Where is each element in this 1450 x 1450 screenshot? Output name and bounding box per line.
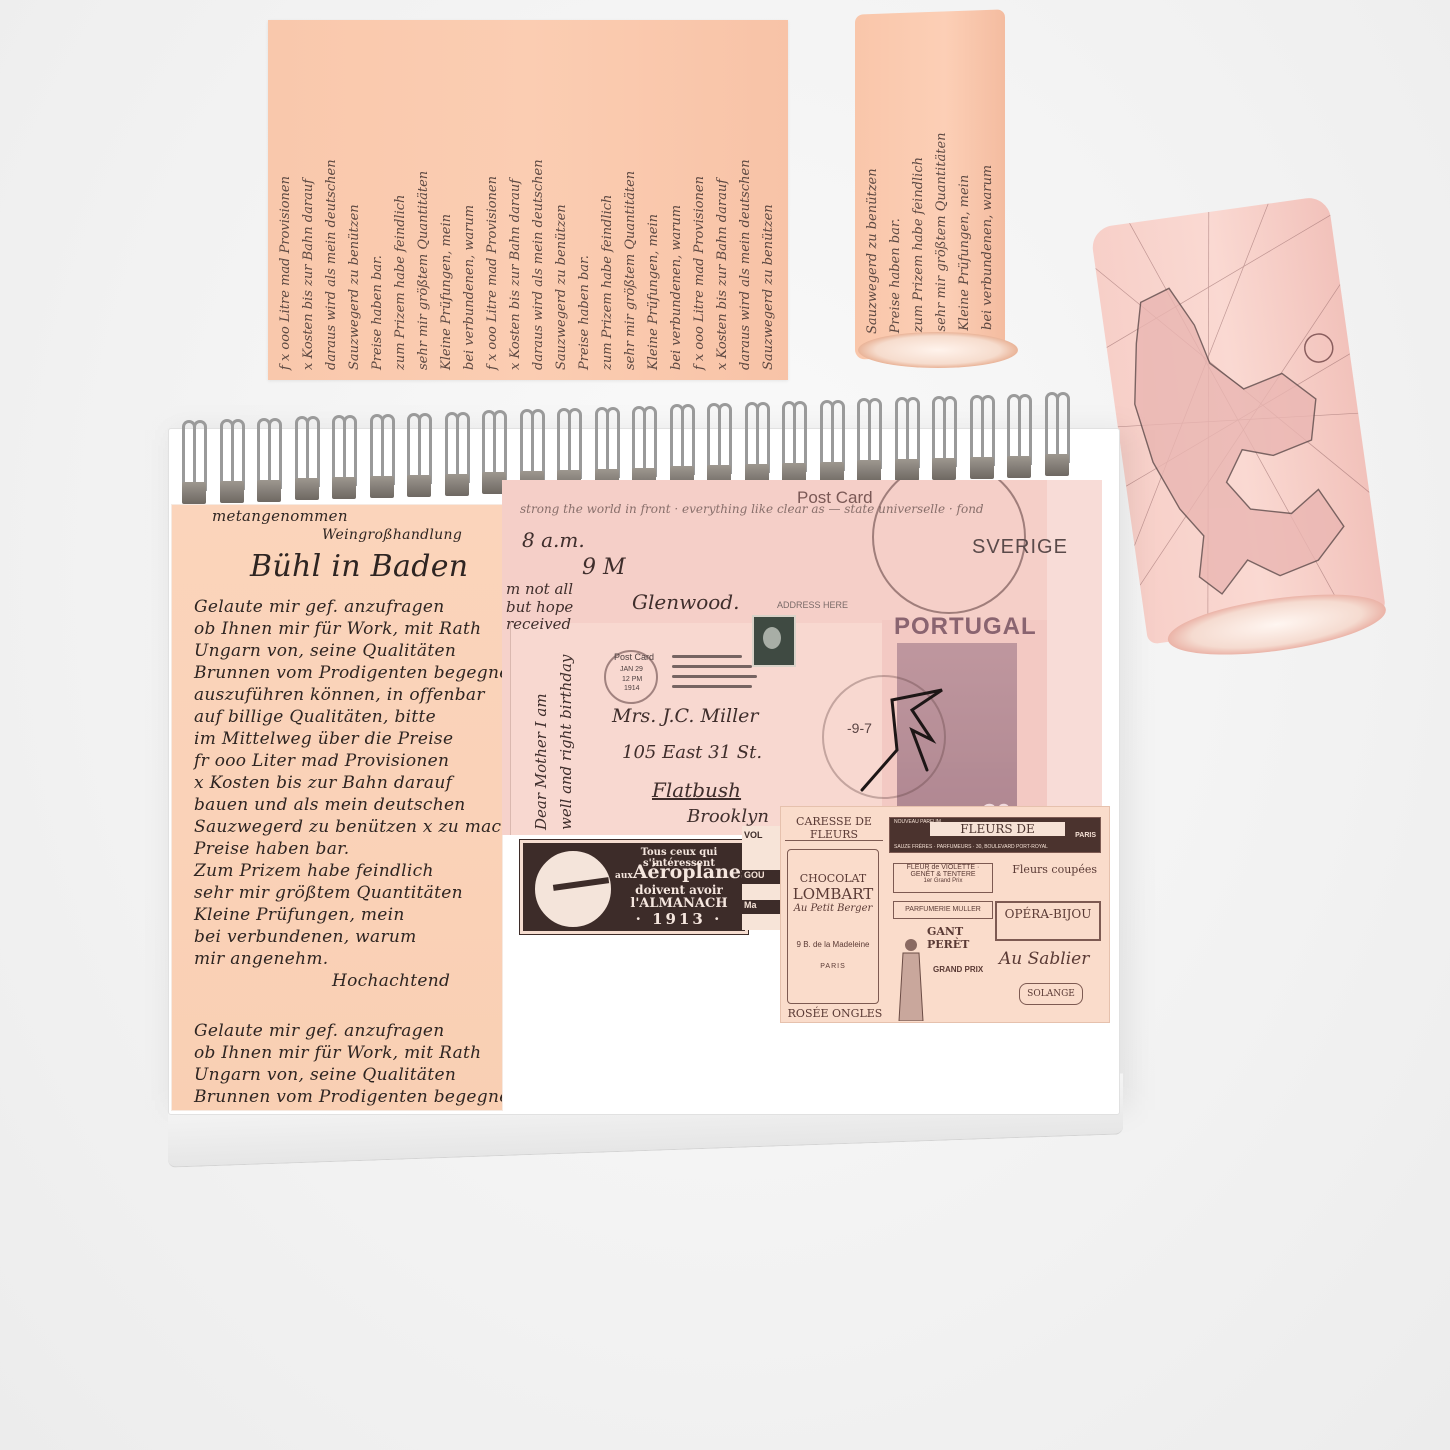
letter-line: Brunnen vom Prodigenten begegne (194, 1087, 502, 1107)
letter-line: auszuführen können, in offenbar (194, 1109, 485, 1110)
letter-line: Preise haben bar. (194, 839, 349, 859)
letter-line: Gelaute mir gef. anzufragen (194, 597, 445, 617)
handwriting-time: 8 a.m. (522, 528, 585, 552)
spiral-ring (368, 414, 396, 514)
letter-line: bauen und als mein deutschen (194, 795, 466, 815)
ad-fleurs-mousse-paris: PARIS (1075, 832, 1096, 839)
tape-script-column: Preise haben bar. (888, 33, 903, 334)
tape-script-column: bei verbundenen, warum (980, 30, 995, 331)
postcard-right-strip (1047, 480, 1102, 835)
tape-script-column: Preise haben bar. (370, 60, 385, 370)
ad-opera-bijou: OPÉRA-BIJOU (995, 901, 1101, 941)
ad-lombart: LOMBART (788, 885, 878, 903)
handwriting-not-all: m not all (506, 580, 573, 598)
tape-script-column: Preise haben bar. (577, 60, 592, 370)
ad-caresse: CARESSE DE FLEURS (785, 815, 883, 841)
ad-grand-prix-small: 1er Grand Prix (894, 878, 992, 884)
letter-line: Zum Prizem habe feindlich (194, 861, 434, 881)
letter-line: ob Ihnen mir für Work, mit Rath (194, 619, 481, 639)
address-city: Flatbush (652, 778, 741, 802)
cancel-line (672, 675, 757, 678)
tape-script-column: f x ooo Litre mad Provisionen (692, 60, 707, 370)
spiral-ring (1005, 394, 1033, 494)
letter-line: Sauzwegerd zu benützen x zu machen (194, 817, 502, 837)
tape-script-column: daraus wird als mein deutschen (324, 60, 339, 370)
side-ad-block-1: GOU (742, 870, 780, 884)
ad-violette: FLEUR de VIOLETTE · GENÊT & TENTERE 1er … (893, 863, 993, 893)
vertical-handwriting: well and right birthday (557, 650, 575, 830)
tape-script-column: daraus wird als mein deutschen (738, 60, 753, 370)
letter-line: im Mittelweg über die Preise (194, 729, 453, 749)
tape-script-column: Sauzwegerd zu benützen (554, 60, 569, 370)
ad-line-3: doivent avoir (615, 883, 743, 897)
spiral-ring (1043, 392, 1071, 492)
letter-line: bei verbundenen, warum (194, 927, 417, 947)
postmark-time: 12 PM (622, 676, 642, 683)
letter-line: auf billige Qualitäten, bitte (194, 707, 436, 727)
airplane-icon (553, 877, 609, 891)
ad-gant-peret: GANT PERÈT GRAND PRIX (893, 925, 993, 1021)
ad-line-2: auxAéroplanes (615, 861, 743, 883)
script-tape-strip: f x ooo Litre mad Provisionenx Kosten bi… (268, 20, 788, 380)
letter-line: Kleine Prüfungen, mein (194, 905, 405, 925)
tape-script-column: bei verbundenen, warum (669, 60, 684, 370)
postmark-year: 1914 (624, 685, 640, 692)
letter-header-2: Weingroßhandlung (322, 527, 462, 543)
side-ad-block-2: Ma (742, 900, 780, 914)
letter-line: auszuführen können, in offenbar (194, 685, 485, 705)
ad-line-4: l'ALMANACH (615, 896, 743, 911)
letter-line: fr ooo Liter mad Provisionen (194, 751, 449, 771)
tape-script-column: daraus wird als mein deutschen (531, 60, 546, 370)
tape-script-column: Kleine Prüfungen, mein (957, 31, 972, 332)
ad-line-2-prefix: aux (615, 871, 633, 881)
ad-au-sablier: Au Sablier (995, 949, 1101, 977)
spiral-ring (405, 413, 433, 513)
tape-script-column: zum Prizem habe feindlich (393, 60, 408, 370)
ad-fleurs-mousse-address: SAUZE FRÈRES · PARFUMEURS · 30, BOULEVAR… (894, 844, 1048, 850)
letter-line: Brunnen vom Prodigenten begegne (194, 663, 502, 683)
ad-fleurs-mousse-box: NOUVEAU PARFUM FLEURS DE MOUSSE. PARIS S… (889, 817, 1101, 853)
aeroplanes-ad-tape: Tous ceux qui s'intéressent auxAéroplane… (520, 840, 748, 934)
ad-genet-text: GENÊT & TENTERE (910, 871, 975, 878)
spiral-binding (180, 380, 1060, 490)
tape-script-column: f x ooo Litre mad Provisionen (485, 60, 500, 370)
spiral-ring (293, 416, 321, 516)
ad-line-2-main: Aéroplanes (633, 861, 752, 883)
ad-chocolat: CHOCOLAT (788, 872, 878, 885)
letter-title: Bühl in Baden (250, 549, 468, 584)
cancel-line (672, 685, 752, 688)
vertical-handwriting: Dear Mother I am (532, 650, 550, 830)
pen-scribble-icon (852, 670, 962, 800)
side-ad-top: VOL (744, 830, 763, 840)
letter-line: Ungarn von, seine Qualitäten (194, 641, 456, 661)
country-portugal: PORTUGAL (894, 613, 1037, 641)
ad-gant: GANT PERÈT (927, 925, 993, 951)
ad-petit-berger: Au Petit Berger (788, 903, 878, 914)
letter-line: mir angenehm. (194, 949, 329, 969)
handwriting-received: received (506, 615, 571, 633)
tape-script-column: f x ooo Litre mad Provisionen (278, 60, 293, 370)
spiral-ring (255, 418, 283, 518)
cancel-line (672, 665, 752, 668)
ad-illustration-circle (533, 849, 613, 929)
address-street: 105 East 31 St. (622, 742, 762, 763)
vintage-ads-tape: CARESSE DE FLEURS NOUVEAU PARFUM FLEURS … (780, 806, 1110, 1023)
letter-line: Gelaute mir gef. anzufragen (194, 1021, 445, 1041)
tape-script-column: Sauzwegerd zu benützen (761, 60, 776, 370)
ad-parfumerie: PARFUMERIE MULLER (893, 901, 993, 919)
postcard-collage-tape: Post Card strong the world in front · ev… (502, 480, 1102, 835)
tape-script-column: x Kosten bis zur Bahn darauf (508, 60, 523, 370)
tape-script-column: x Kosten bis zur Bahn darauf (715, 60, 730, 370)
ad-chocolat-city: PARIS (788, 963, 878, 970)
letter-line: x Kosten bis zur Bahn darauf (194, 773, 452, 793)
spiral-ring (443, 412, 471, 512)
ad-fleurs-coupees: Fleurs coupées (995, 859, 1101, 891)
ad-violette-text: FLEUR de VIOLETTE (907, 864, 975, 871)
script-tape-roll: Sauzwegerd zu benützenPreise haben bar.z… (855, 9, 1005, 359)
ad-rosee-ongles: ROSÉE ONGLES (785, 1007, 885, 1021)
handwriting-glenwood: Glenwood. (632, 590, 739, 614)
handwriting-initial: 9 M (582, 555, 626, 580)
lady-illustration-icon (895, 935, 931, 1021)
tape-script-column: Sauzwegerd zu benützen (865, 34, 880, 335)
postmark-post-card: Post Card (614, 652, 654, 662)
ad-grand-prix: GRAND PRIX (933, 965, 993, 974)
ad-madeleine: 9 B. de la Madeleine (788, 940, 878, 949)
letter-line: ob Ihnen mir für Work, mit Rath (194, 1043, 481, 1063)
handwriting-but-hope: but hope (506, 598, 573, 616)
tape-script-column: sehr mir größtem Quantitäten (416, 60, 431, 370)
tape-script-column: sehr mir größtem Quantitäten (623, 60, 638, 370)
ad-line-5: · 1913 · (615, 910, 743, 928)
address-borough: Brooklyn (687, 806, 769, 827)
cancel-line (672, 655, 742, 658)
spiral-ring (218, 419, 246, 519)
tape-script-column: zum Prizem habe feindlich (600, 60, 615, 370)
tape-script-column: x Kosten bis zur Bahn darauf (301, 60, 316, 370)
postmark-date: JAN 29 (620, 666, 643, 673)
us-stamp (752, 615, 796, 667)
letter-header-1: metangenommen (212, 507, 348, 525)
ad-fleurs-mousse: FLEURS DE MOUSSE. (930, 822, 1065, 836)
spiral-ring (330, 415, 358, 515)
ad-solange: SOLANGE (1019, 983, 1083, 1005)
handwritten-letter-tape: metangenommen Weingroßhandlung Bühl in B… (172, 505, 502, 1110)
letter-line: Ungarn von, seine Qualitäten (194, 1065, 456, 1085)
tape-script-column: zum Prizem habe feindlich (911, 32, 926, 333)
script-tape-core (858, 332, 1018, 368)
letter-line: Hochachtend (332, 971, 450, 991)
country-sweden: SVERIGE (972, 536, 1068, 559)
letter-line: sehr mir größtem Quantitäten (194, 883, 463, 903)
tape-script-column: sehr mir größtem Quantitäten (934, 31, 949, 332)
address-name: Mrs. J.C. Miller (612, 705, 759, 727)
ad-chocolat-frame: CHOCOLAT LOMBART Au Petit Berger 9 B. de… (787, 849, 879, 1004)
tape-script-column: bei verbundenen, warum (462, 60, 477, 370)
tape-script-column: Kleine Prüfungen, mein (439, 60, 454, 370)
tape-script-column: Sauzwegerd zu benützen (347, 60, 362, 370)
tape-script-column: Kleine Prüfungen, mein (646, 60, 661, 370)
address-here-label: ADDRESS HERE (777, 600, 848, 610)
